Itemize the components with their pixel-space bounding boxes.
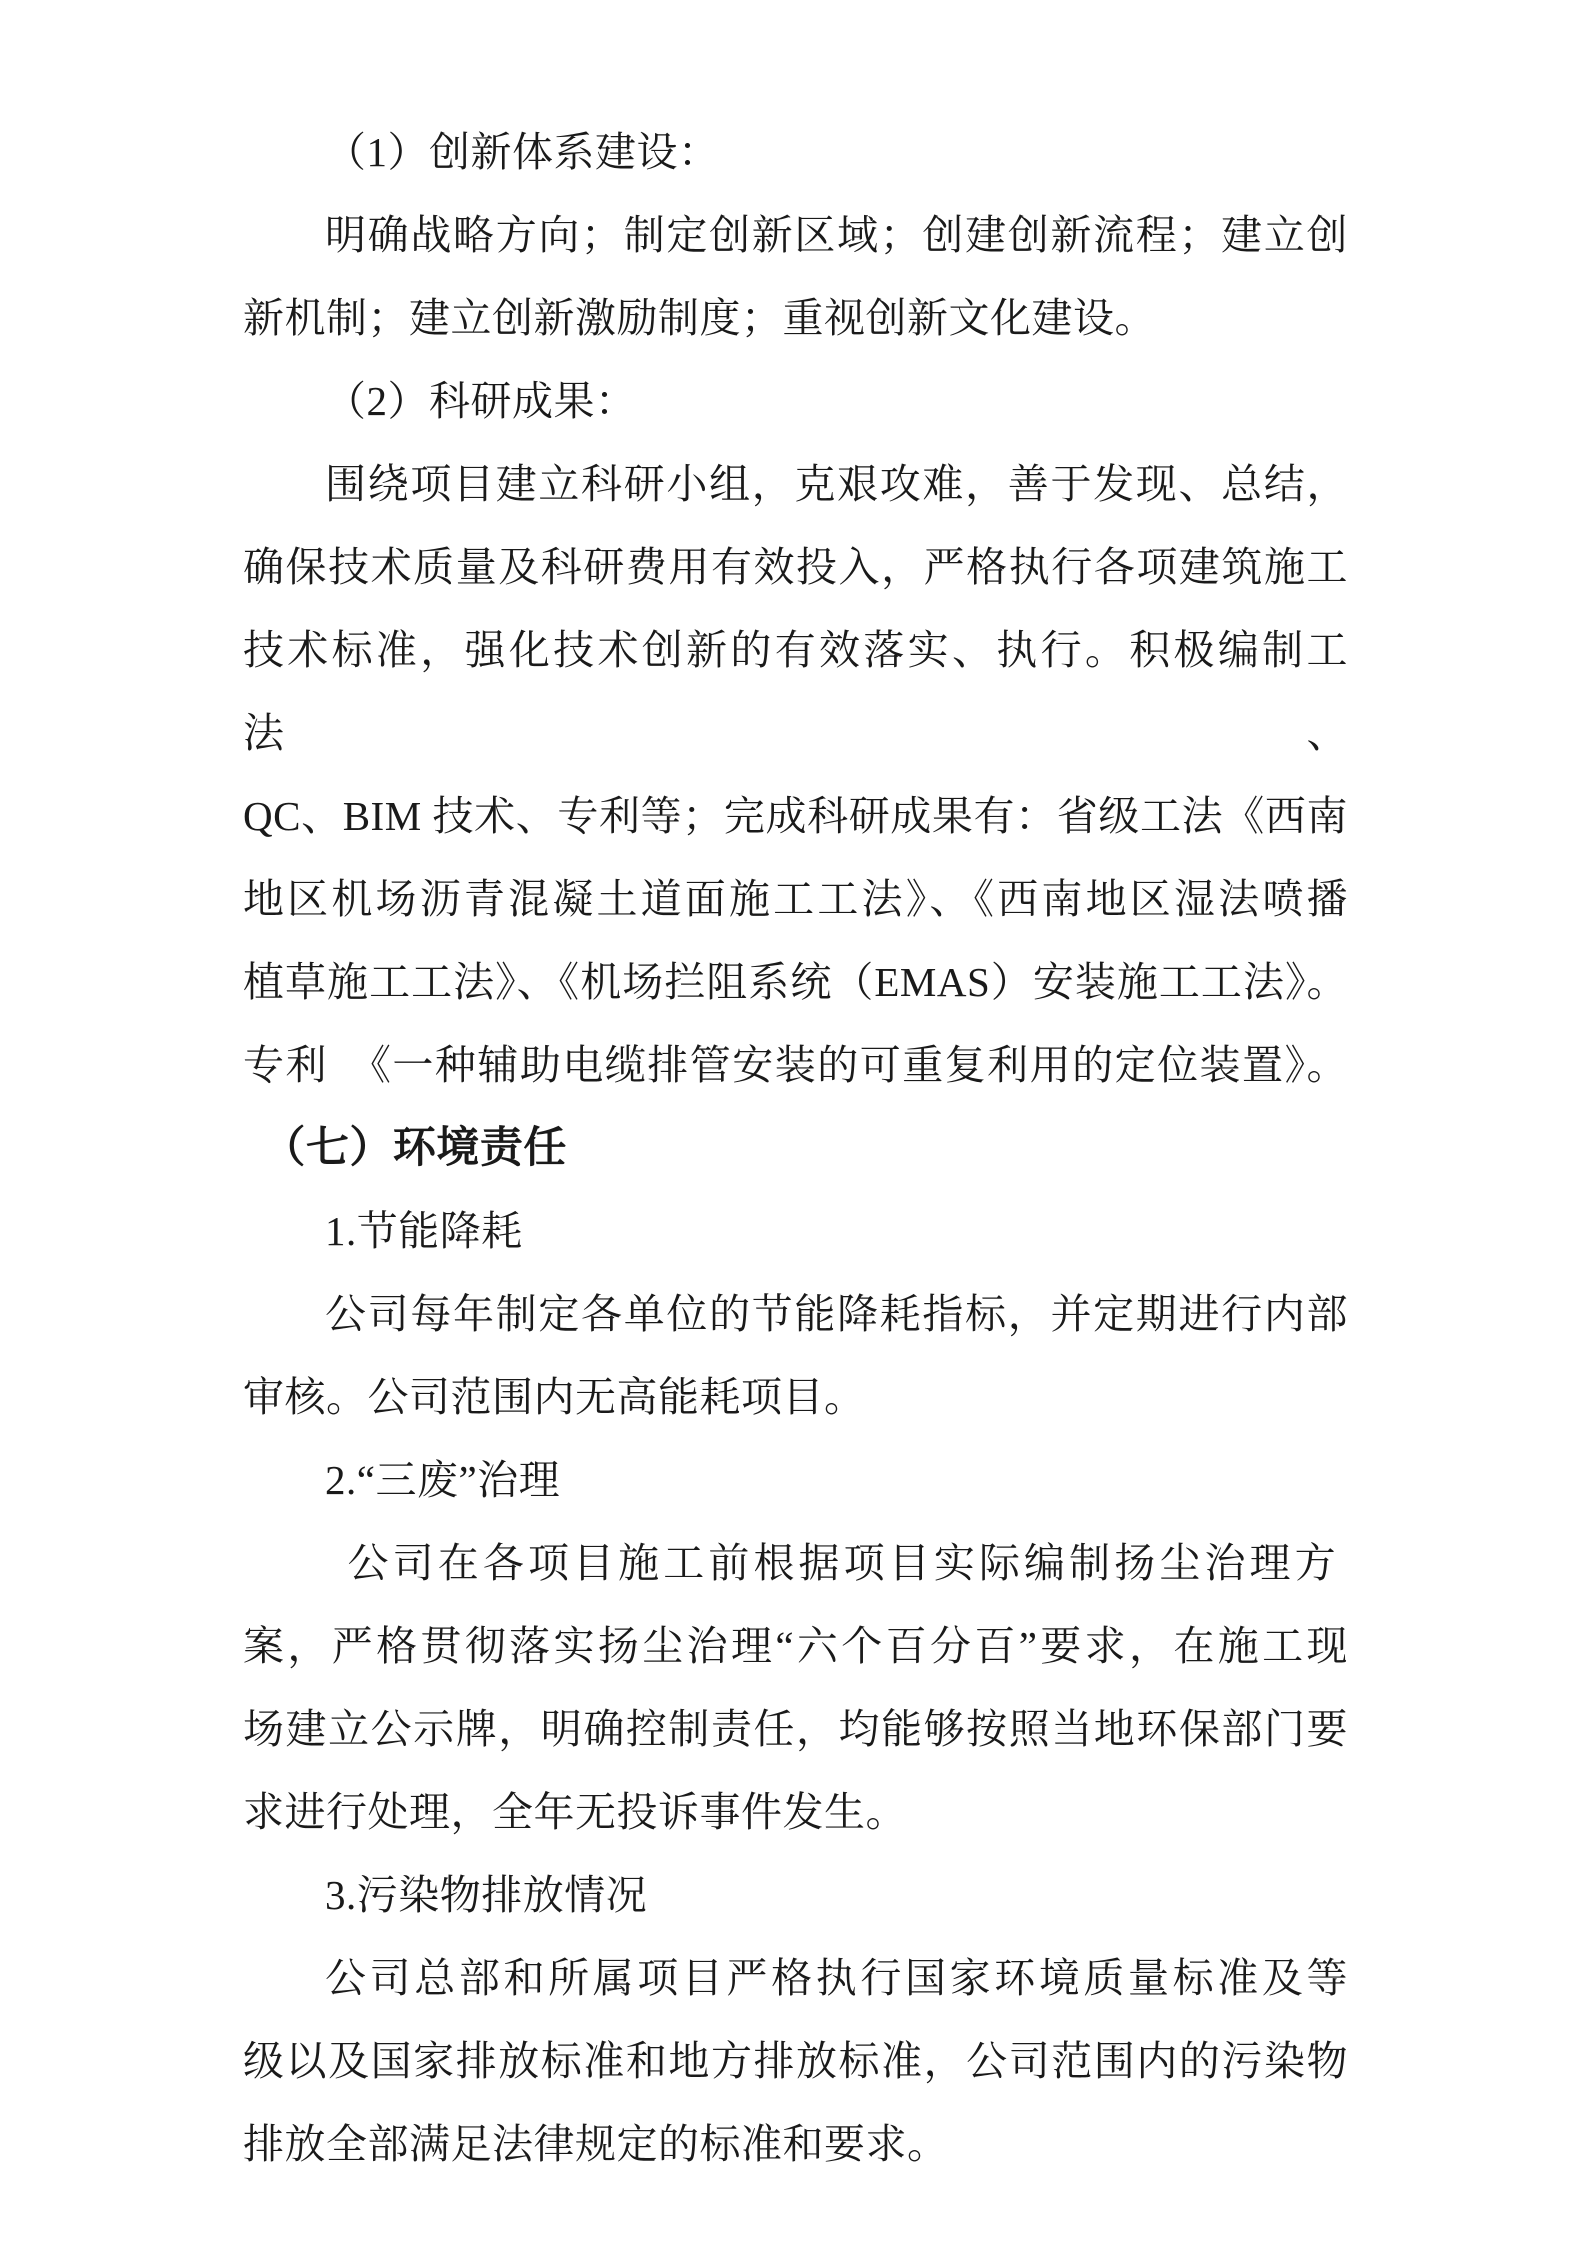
paragraph-line: 场建立公示牌，明确控制责任，均能够按照当地环保部门要 — [243, 1688, 1348, 1771]
paragraph-line: 地区机场沥青混凝土道面施工工法》、《西南地区湿法喷播 — [243, 858, 1348, 941]
paragraph-line: 确保技术质量及科研费用有效投入，严格执行各项建筑施工 — [243, 526, 1348, 609]
subitem-2-title: （2）科研成果： — [243, 360, 1348, 443]
text-column: （1）创新体系建设：明确战略方向；制定创新区域；创建创新流程；建立创新机制；建立… — [243, 111, 1348, 2186]
section-7-heading: （七）环境责任 — [243, 1107, 1348, 1190]
paragraph-line: 明确战略方向；制定创新区域；创建创新流程；建立创 — [243, 194, 1348, 277]
paragraph-line: 公司每年制定各单位的节能降耗指标，并定期进行内部 — [243, 1273, 1348, 1356]
subitem-1-title: （1）创新体系建设： — [243, 111, 1348, 194]
paragraph-line: 审核。公司范围内无高能耗项目。 — [243, 1356, 1348, 1439]
paragraph-line: 求进行处理，全年无投诉事件发生。 — [243, 1771, 1348, 1854]
document-page: （1）创新体系建设：明确战略方向；制定创新区域；创建创新流程；建立创新机制；建立… — [0, 0, 1587, 2245]
paragraph-line: 专利 《一种辅助电缆排管安装的可重复利用的定位装置》。 — [243, 1024, 1348, 1107]
paragraph-line: 级以及国家排放标准和地方排放标准，公司范围内的污染物 — [243, 2020, 1348, 2103]
paragraph-line: 技术标准，强化技术创新的有效落实、执行。积极编制工法、 — [243, 609, 1348, 775]
paragraph-line: QC、BIM 技术、专利等；完成科研成果有：省级工法《西南 — [243, 775, 1348, 858]
paragraph-line: 公司在各项目施工前根据项目实际编制扬尘治理方 — [243, 1522, 1348, 1605]
paragraph-line: 植草施工工法》、《机场拦阻系统（EMAS）安装施工工法》。 — [243, 941, 1348, 1024]
paragraph-line: 新机制；建立创新激励制度；重视创新文化建设。 — [243, 277, 1348, 360]
item-1-energy-title: 1.节能降耗 — [243, 1190, 1348, 1273]
item-3-pollution-title: 3.污染物排放情况 — [243, 1854, 1348, 1937]
paragraph-line: 案，严格贯彻落实扬尘治理“六个百分百”要求，在施工现 — [243, 1605, 1348, 1688]
paragraph-line: 排放全部满足法律规定的标准和要求。 — [243, 2103, 1348, 2186]
paragraph-line: 围绕项目建立科研小组，克艰攻难，善于发现、总结， — [243, 443, 1348, 526]
paragraph-line: 公司总部和所属项目严格执行国家环境质量标准及等 — [243, 1937, 1348, 2020]
item-2-waste-title: 2.“三废”治理 — [243, 1439, 1348, 1522]
